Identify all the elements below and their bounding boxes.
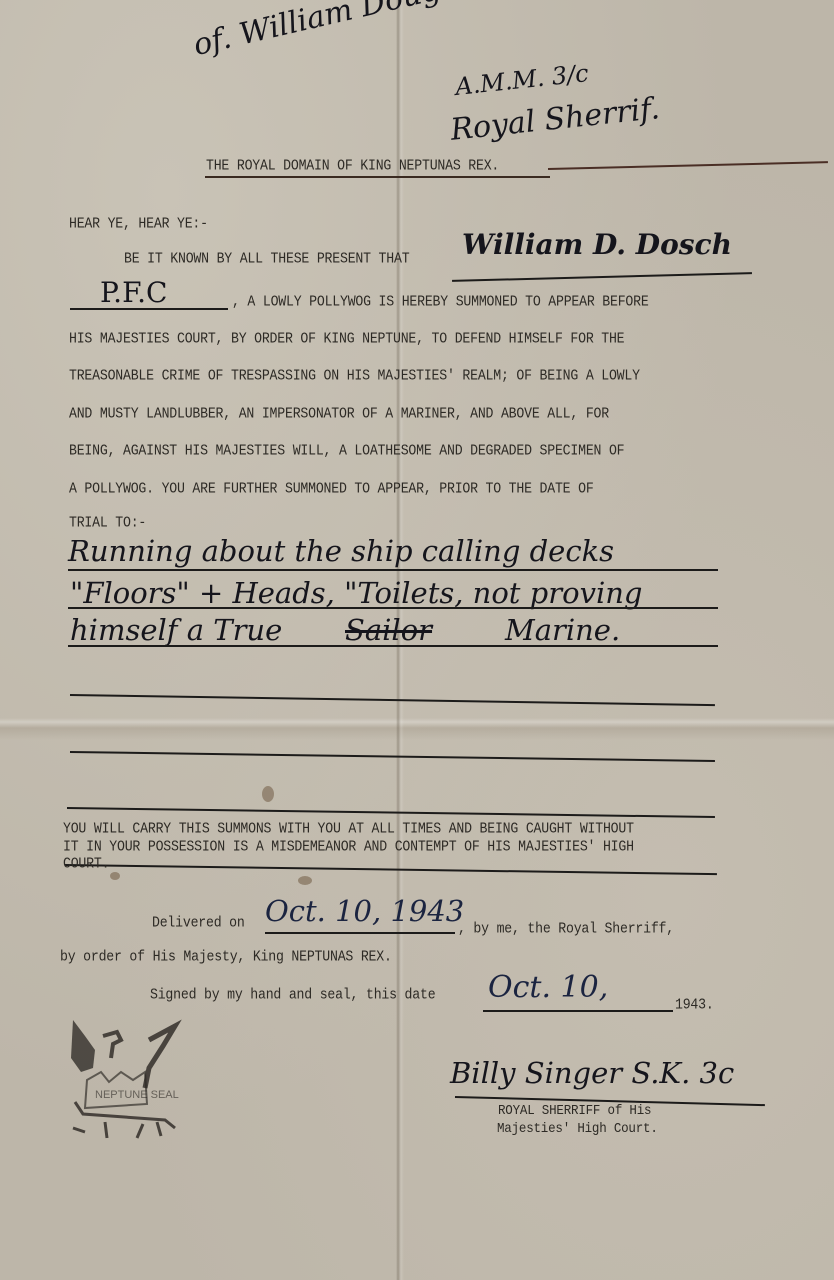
title-underline — [205, 176, 550, 178]
blank-rule-5 — [70, 751, 715, 762]
warning-line-3: COURT. — [63, 855, 109, 872]
sheriff-signature: Billy Singer S.K. 3c — [450, 1056, 734, 1090]
charge-line-2: "Floors" + Heads, "Toilets, not proving — [70, 576, 642, 610]
body-line-2: , A LOWLY POLLYWOG IS HEREBY SUMMONED TO… — [232, 293, 649, 310]
sheriff-title-line-1: ROYAL SHERRIFF of His — [498, 1103, 651, 1119]
annotation-title: Royal Sherrif. — [449, 91, 662, 148]
rank-blank — [70, 308, 228, 310]
delivered-on-label: Delivered on — [152, 914, 245, 931]
charge-rule-3 — [68, 645, 718, 647]
body-line-5: AND MUSTY LANDLUBBER, AN IMPERSONATOR OF… — [69, 405, 609, 422]
name-blank — [452, 272, 752, 281]
signed-date-blank — [483, 1010, 673, 1012]
pollywog-rank: P.F.C — [100, 276, 167, 309]
greeting: HEAR YE, HEAR YE:- — [69, 215, 208, 232]
charge-rule-1 — [68, 569, 718, 571]
order-of-text: by order of His Majesty, King NEPTUNAS R… — [60, 948, 392, 965]
delivered-by-text: , by me, the Royal Sherriff, — [458, 920, 674, 937]
sheriff-title-line-2: Majesties' High Court. — [497, 1121, 658, 1137]
body-line-4: TREASONABLE CRIME OF TRESPASSING ON HIS … — [69, 367, 640, 384]
body-line-7: A POLLYWOG. YOU ARE FURTHER SUMMONED TO … — [69, 480, 594, 497]
document-title: THE ROYAL DOMAIN OF KING NEPTUNAS REX. — [206, 157, 499, 174]
body-line-3: HIS MAJESTIES COURT, BY ORDER OF KING NE… — [69, 330, 624, 347]
warning-line-1: YOU WILL CARRY THIS SUMMONS WITH YOU AT … — [63, 820, 634, 837]
delivered-date-blank — [265, 932, 455, 934]
neptune-seal-stamp: NEPTUNE SEAL — [65, 1010, 190, 1140]
charge-line-3b: Marine. — [505, 613, 620, 647]
signed-label: Signed by my hand and seal, this date — [150, 986, 435, 1003]
annotation-rank: A.M.M. 3/c — [454, 59, 590, 101]
blank-rule-6 — [67, 807, 715, 818]
signed-date: Oct. 10, — [488, 970, 608, 1005]
signed-year: 1943. — [675, 996, 714, 1013]
annotation-name: of. William Douglas Gober — [190, 0, 586, 63]
charge-rule-2 — [68, 607, 718, 609]
svg-text:NEPTUNE SEAL: NEPTUNE SEAL — [95, 1089, 179, 1101]
body-line-6: BEING, AGAINST HIS MAJESTIES WILL, A LOA… — [69, 442, 624, 459]
title-underline-extension — [548, 161, 828, 169]
charge-line-3a: himself a True — [70, 613, 282, 647]
stain — [110, 872, 120, 880]
charge-line-3-struck: Sailor — [345, 613, 432, 647]
summons-document: of. William Douglas Gober A.M.M. 3/c Roy… — [0, 0, 834, 1280]
stain — [262, 786, 274, 802]
body-line-1: BE IT KNOWN BY ALL THESE PRESENT THAT — [124, 250, 409, 267]
warning-line-2: IT IN YOUR POSSESSION IS A MISDEMEANOR A… — [63, 838, 634, 855]
charge-line-1: Running about the ship calling decks — [68, 534, 614, 568]
blank-rule-7 — [65, 864, 717, 875]
stain — [298, 876, 312, 885]
pollywog-name: William D. Dosch — [462, 228, 732, 261]
delivered-date: Oct. 10, 1943 — [265, 894, 464, 928]
blank-rule-4 — [70, 694, 715, 706]
body-line-8: TRIAL TO:- — [69, 514, 146, 531]
